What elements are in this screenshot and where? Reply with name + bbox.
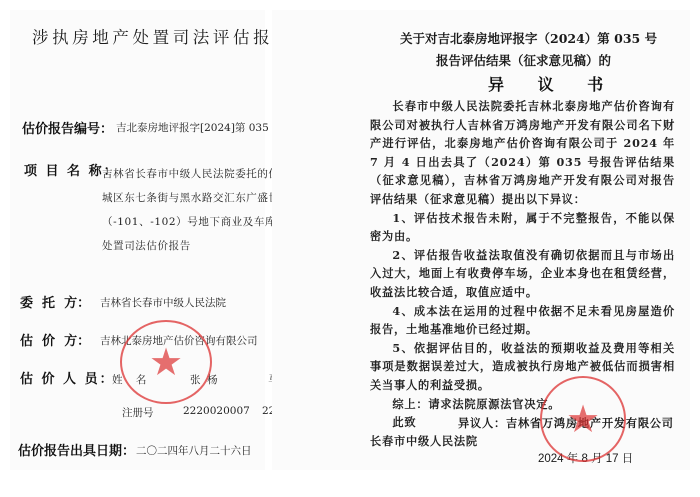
- objection-addressee: 长春市中级人民法院: [370, 432, 675, 451]
- objection-item-5: 5、依据评估目的，收益法的预期收益及费用等相关事项是数据误差过大，造成被执行房地…: [370, 339, 675, 395]
- issue-date-value: 二〇二四年八月二十六日: [136, 443, 252, 458]
- appraiser-org-value: 吉林北泰房地产估价咨询有限公司: [100, 333, 258, 348]
- reg-number-1: 2220020007: [183, 405, 250, 417]
- objection-item-1: 1、评估技术报告未附，属于不完整报告，不能以保密为由。: [370, 209, 675, 246]
- objector-line: 异议人：吉林省万鸿房地产开发有限公司: [458, 415, 674, 431]
- objection-date: 2024 年 8 月 17 日: [538, 450, 633, 466]
- objection-title: 异 议 书: [488, 72, 617, 95]
- appraiser-org-label: 估 价 方：: [20, 330, 90, 349]
- report-number-value: 吉北泰房地评报字[2024]第 035 号: [116, 120, 283, 135]
- objector-value: 吉林省万鸿房地产开发有限公司: [506, 416, 674, 430]
- objection-paragraph-intro: 长春市中级人民法院委托吉林北泰房地产估价咨询有限公司对被执行人吉林省万鸿房地产开…: [370, 97, 675, 209]
- objection-item-2: 2、评估报告收益法取值没有确切依据而且与市场出入过大，地面上有收费停车场，企业本…: [370, 246, 675, 302]
- report-title: 涉执房地产处置司法评估报告: [32, 24, 293, 48]
- issue-date-label: 估价报告出具日期：: [18, 440, 135, 459]
- report-number-label: 估价报告编号：: [22, 118, 113, 137]
- objection-item-4: 4、成本法在运用的过程中依据不足未看见房屋造价报告，土地基准地价已经过期。: [370, 302, 675, 339]
- objector-label: 异议人：: [458, 416, 506, 430]
- reg-number-header: 注册号: [122, 405, 154, 420]
- appraiser-name-1: 张 杨: [190, 372, 218, 387]
- appraisers-label: 估 价 人 员：: [20, 368, 115, 387]
- objection-body: 长春市中级人民法院委托吉林北泰房地产估价咨询有限公司对被执行人吉林省万鸿房地产开…: [370, 97, 675, 450]
- objection-conclusion: 综上：请求法院原源法官决定。: [370, 395, 675, 414]
- client-label: 委 托 方：: [20, 292, 90, 311]
- objection-heading-line2: 报告评估结果（征求意见稿）的: [436, 51, 611, 69]
- appraisers-name-header: 姓 名: [112, 372, 146, 387]
- objection-heading-line1: 关于对吉北泰房地评报字（2024）第 035 号: [400, 29, 657, 47]
- client-value: 吉林省长春市中级人民法院: [100, 295, 226, 310]
